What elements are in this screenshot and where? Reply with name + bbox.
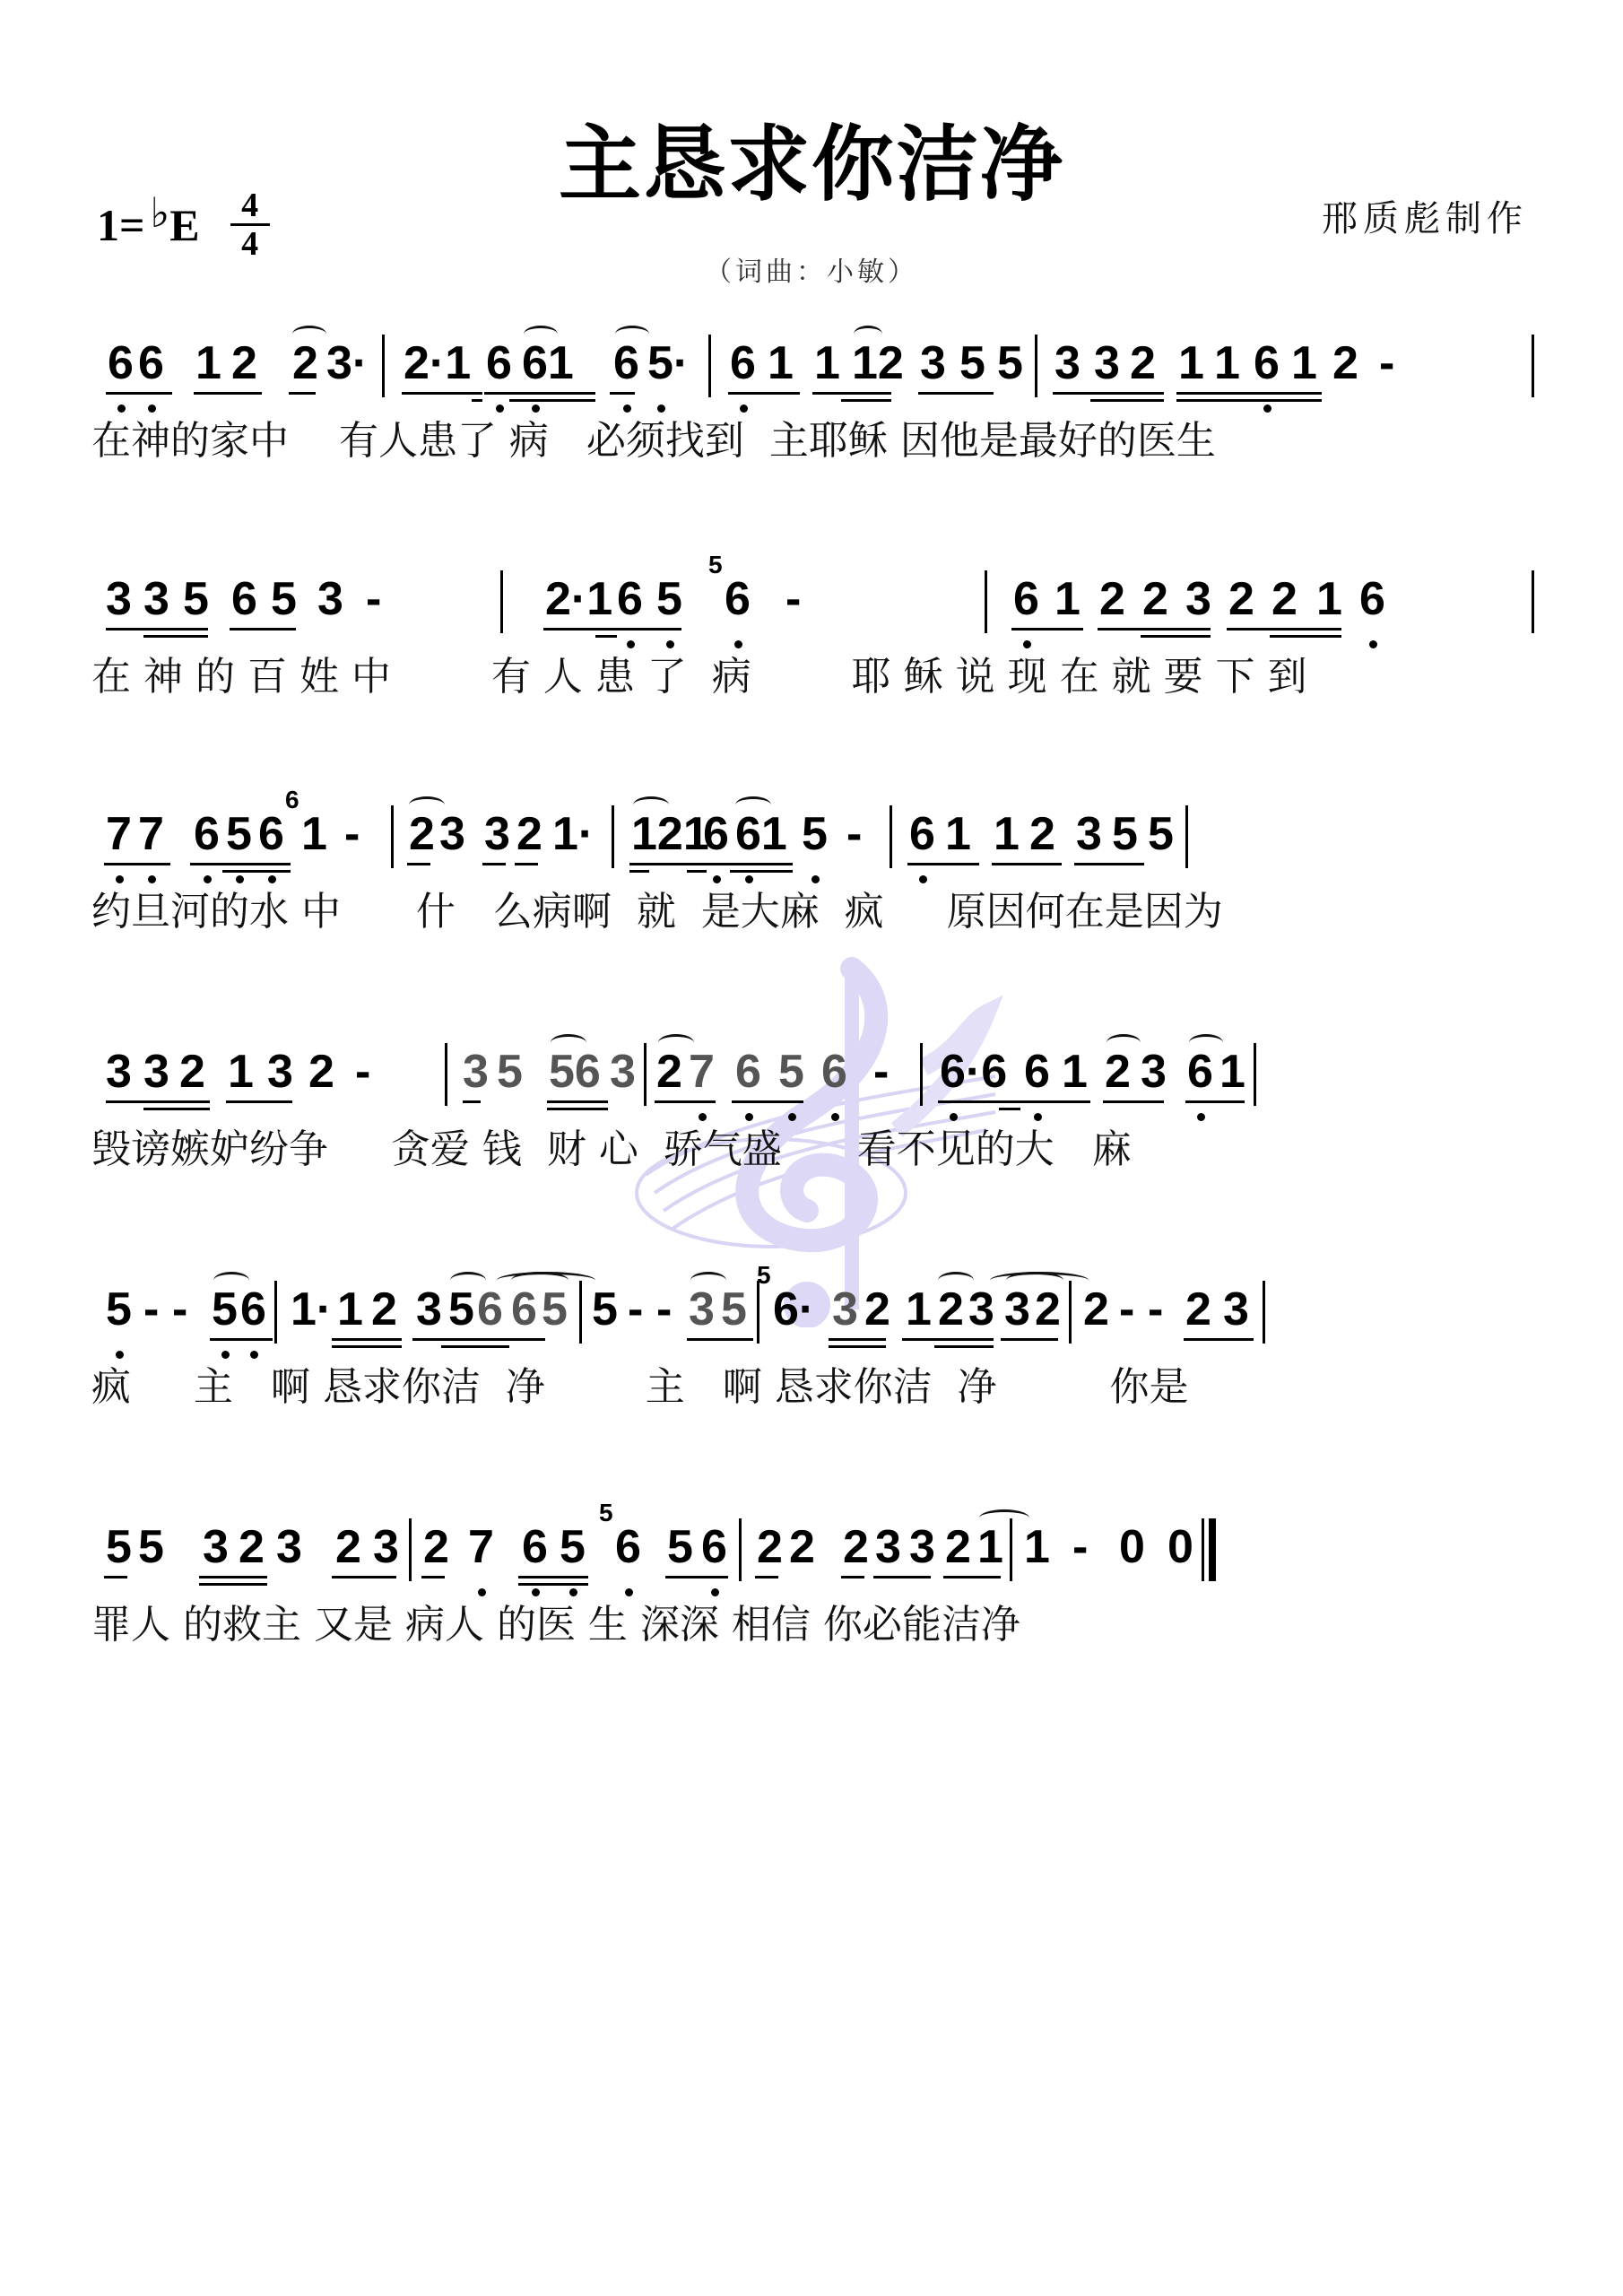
note: 5 (721, 1283, 747, 1336)
barline (739, 1518, 742, 1581)
note: 3 (689, 1283, 715, 1336)
eighth-underline (629, 863, 707, 865)
sixteenth-underline (199, 1583, 267, 1586)
barline (1035, 335, 1037, 397)
eighth-underline (332, 1576, 396, 1578)
slur-arc (633, 796, 669, 813)
barline (445, 1043, 447, 1106)
note: 2 (1185, 1283, 1211, 1336)
note: 5 (592, 1283, 618, 1336)
note: 2 (1083, 1283, 1109, 1336)
eighth-underline (615, 628, 681, 631)
eighth-underline (728, 392, 800, 395)
note: 3 (267, 1045, 293, 1099)
note: 3 (203, 1520, 229, 1574)
key-note: E (169, 199, 199, 251)
time-signature-top: 4 (241, 188, 258, 222)
note: 1 (337, 1283, 363, 1336)
sixteenth-underline (509, 399, 595, 402)
score-row: 5--561·12356655--356·532123322--23疯 主 啊 … (97, 1265, 1541, 1399)
note: 3 (106, 1045, 132, 1099)
note: 3 (1094, 336, 1120, 390)
eighth-underline (210, 1338, 273, 1341)
sixteenth-underline (222, 870, 291, 873)
eighth-underline (665, 1576, 728, 1578)
sixteenth-underline (1090, 399, 1164, 402)
eighth-underline (992, 863, 1062, 865)
eighth-underline (509, 1338, 545, 1341)
dash-extension: - (628, 1283, 643, 1336)
barline (1263, 1281, 1265, 1344)
grace-note: 6 (285, 786, 299, 814)
note: 6 (730, 336, 756, 390)
note: 5 (1148, 807, 1174, 861)
dash-extension: - (344, 807, 360, 861)
eighth-underline (226, 1100, 292, 1103)
notation-line: 7765616-23321·1216615-6112355 (97, 789, 1541, 888)
notation-line: 5--561·12356655--356·532123322--23 (97, 1265, 1541, 1363)
barline (1532, 570, 1534, 633)
barline (757, 1281, 759, 1344)
eighth-underline (106, 392, 172, 395)
note: 5 (448, 1283, 474, 1336)
note: 2 (239, 1520, 265, 1574)
dash-extension: - (1148, 1283, 1163, 1336)
sixteenth-underline (730, 870, 793, 873)
lyrics-line: 约旦河的水 中 什 么病啊 就 是大麻 疯 原因何在是因为 (91, 879, 1223, 936)
eighth-underline (230, 628, 296, 631)
note: 6 (703, 807, 729, 861)
lyrics-line: 疯 主 啊 恳求你洁 净 主 啊 恳求你洁 净 你是 (91, 1354, 1189, 1412)
note: 3 (832, 1283, 858, 1336)
eighth-underline (873, 1576, 931, 1578)
barline (1069, 1281, 1072, 1344)
note: 1 (906, 1283, 932, 1336)
note: 1 (994, 807, 1020, 861)
sixteenth-underline (441, 1345, 509, 1348)
sixteenth-underline (1141, 635, 1211, 638)
eighth-underline (907, 863, 979, 865)
note: 1 (1024, 1520, 1050, 1574)
eighth-underline (1053, 392, 1164, 395)
note: 6 (613, 336, 639, 390)
sixteenth-underline (143, 1108, 210, 1110)
sixteenth-underline (629, 870, 649, 873)
eighth-underline (106, 628, 208, 631)
note: 2 (1228, 572, 1254, 626)
note: 5 (183, 572, 209, 626)
barline (409, 1518, 412, 1581)
note: 5 (959, 336, 985, 390)
note: 2 (945, 1520, 971, 1574)
barline (274, 1281, 277, 1344)
note: 3 (1004, 1283, 1030, 1336)
note: 5 (226, 807, 252, 861)
sixteenth-underline (829, 1345, 886, 1348)
note: 5 (497, 1045, 523, 1099)
slur-arc (1189, 1034, 1223, 1051)
note: 1 (945, 807, 971, 861)
note: 2 (656, 1045, 682, 1099)
note: 2 (179, 1045, 205, 1099)
note: 2 (1029, 807, 1055, 861)
note: 6 (735, 1045, 761, 1099)
note: 2 (757, 1520, 783, 1574)
lyrics-line: 在 神 的 百 姓 中 有 人 患 了 病 耶 稣 说 现 在 就 要 下 到 (91, 644, 1307, 701)
key-prefix: 1= (97, 199, 145, 251)
note: 6 (1024, 1045, 1050, 1099)
notation-line: 335653-2·16565-612232216 (97, 554, 1541, 653)
note: 6 (108, 336, 134, 390)
note: 3 (439, 807, 465, 861)
sixteenth-underline (1270, 635, 1341, 638)
eighth-underline (332, 1338, 402, 1341)
note: 5 (106, 1520, 132, 1574)
eighth-underline (199, 1576, 267, 1578)
eighth-underline (1184, 1338, 1254, 1341)
note: 2 (231, 336, 257, 390)
slur-arc (409, 796, 445, 813)
note: 2 (335, 1520, 361, 1574)
eighth-underline (1176, 392, 1322, 395)
final-barline-thin (1202, 1518, 1204, 1581)
slur-arc (524, 326, 558, 343)
note: 2 (1271, 572, 1298, 626)
note: 7 (468, 1520, 494, 1574)
dash-extension: - (873, 1045, 889, 1099)
eighth-underline (812, 392, 891, 395)
eighth-underline (1001, 1338, 1058, 1341)
note: 6 (1187, 1045, 1213, 1099)
note: 2 (864, 1283, 890, 1336)
note: 6 (240, 1283, 266, 1336)
dash-extension: - (656, 1283, 672, 1336)
note: 6 (617, 572, 643, 626)
note: 3 (909, 1520, 935, 1574)
eighth-underline (194, 392, 262, 395)
note: 3 (1141, 1045, 1167, 1099)
score-row: 332132-3556327656-6·6612361毁谤嫉妒纷争 贪爱 钱 财… (97, 1027, 1541, 1161)
note: 5 (802, 807, 828, 861)
note: 3 (1185, 572, 1211, 626)
barline (612, 805, 614, 868)
note: 5 (271, 572, 297, 626)
note: 1 (1214, 336, 1240, 390)
note: 2·1 (404, 336, 471, 390)
eighth-underline (463, 1100, 481, 1103)
note: 6· (773, 1283, 814, 1336)
low-octave-dot (1369, 640, 1377, 648)
note: 1 (1291, 336, 1317, 390)
grace-note: 5 (757, 1261, 771, 1290)
note: 2 (1130, 336, 1156, 390)
note: 6 (511, 1283, 537, 1336)
note: 1 (228, 1045, 254, 1099)
note: 3 (875, 1520, 901, 1574)
note: 2 (409, 807, 435, 861)
sixteenth-underline (687, 870, 707, 873)
note: 1 (1316, 572, 1342, 626)
eighth-underline (829, 1338, 886, 1341)
note: 6 (701, 1520, 727, 1574)
note: 6 (194, 807, 220, 861)
lyrics-line: 罪人 的救主 又是 病人 的医 生 深深 相信 你必能洁净 (91, 1592, 1020, 1649)
eighth-underline (289, 392, 316, 395)
grace-note: 5 (599, 1499, 613, 1527)
slur-arc (690, 1272, 726, 1289)
barline (391, 805, 394, 868)
slur-arc (497, 1272, 595, 1289)
slur-arc (615, 326, 649, 343)
note: 2 (938, 1283, 964, 1336)
score-row: 335653-2·16565-612232216在 神 的 百 姓 中 有 人 … (97, 554, 1541, 689)
note: 6 (231, 572, 257, 626)
note: 12 (852, 336, 904, 390)
note: 2 (1099, 572, 1125, 626)
eighth-underline (918, 392, 994, 395)
eighth-underline (421, 1576, 445, 1578)
note: 3 (416, 1283, 442, 1336)
note: 2 (423, 1520, 449, 1574)
note: 2 (789, 1520, 815, 1574)
slur-arc (213, 1272, 249, 1289)
eighth-underline (515, 863, 538, 865)
eighth-underline (1185, 1100, 1245, 1103)
score-row: 7765616-23321·1216615-6112355约旦河的水 中 什 么… (97, 789, 1541, 924)
note: 3 (920, 336, 946, 390)
note: 3 (143, 572, 169, 626)
lyrics-line: 在神的家中 有人患了 病 必须找到 主耶稣 因他是最好的医生 (91, 408, 1216, 465)
dash-extension: - (1379, 336, 1394, 390)
sixteenth-underline (332, 1345, 402, 1348)
dash-extension: - (846, 807, 862, 861)
barline (708, 335, 711, 397)
note: 5 (106, 1283, 132, 1336)
barline (1254, 1043, 1256, 1106)
note: 3 (1223, 1283, 1249, 1336)
note: 6 (1013, 572, 1039, 626)
eighth-underline (518, 1576, 588, 1578)
eighth-underline (732, 1100, 803, 1103)
slur-arc (938, 1272, 974, 1289)
barline (1185, 805, 1188, 868)
sixteenth-underline (841, 399, 891, 402)
eighth-underline (482, 863, 506, 865)
note: 56 (549, 1045, 601, 1099)
note: 3 (106, 572, 132, 626)
note: 6·6 (940, 1045, 1007, 1099)
eighth-underline (1011, 628, 1083, 631)
eighth-underline (1074, 863, 1144, 865)
flat-icon: ♭ (151, 188, 170, 237)
note: 5 (542, 1283, 568, 1336)
slur-arc (735, 796, 771, 813)
sixteenth-underline (143, 635, 208, 638)
note: 6 (1254, 336, 1280, 390)
eighth-underline (902, 1338, 994, 1341)
note: 7 (689, 1045, 715, 1099)
final-barline (1209, 1518, 1216, 1581)
eighth-underline (841, 1576, 864, 1578)
note: 2 (308, 1045, 334, 1099)
note: 6 (477, 1283, 503, 1336)
note: 6 (486, 336, 512, 390)
note: 3 (610, 1045, 636, 1099)
dash-extension: - (366, 572, 381, 626)
barline (579, 1281, 582, 1344)
barline (500, 570, 503, 633)
dash-extension: - (1119, 1283, 1134, 1336)
note: 5 (1112, 807, 1138, 861)
low-octave-dot (1197, 1113, 1205, 1121)
notation-line: 661223·2·166165·6111235533211612- (97, 318, 1541, 417)
note: 7 (138, 807, 164, 861)
score-row: 55323232765655622233211-00罪人 的救主 又是 病人 的… (97, 1502, 1541, 1637)
note: 3 (373, 1520, 399, 1574)
eighth-underline (655, 1100, 716, 1103)
eighth-underline (484, 392, 595, 395)
eighth-underline (104, 863, 170, 865)
note: 3 (1076, 807, 1102, 861)
note: 5· (647, 336, 689, 390)
eighth-underline (755, 1576, 778, 1578)
notation-line: 55323232765655622233211-00 (97, 1502, 1541, 1601)
eighth-underline (1227, 628, 1341, 631)
note: 2 (371, 1283, 397, 1336)
sixteenth-underline (1176, 399, 1322, 402)
note: 3 (484, 807, 510, 861)
barline (890, 805, 892, 868)
note: 1 (1055, 572, 1081, 626)
sixteenth-underline (999, 1108, 1020, 1110)
note: 61 (522, 336, 574, 390)
grace-note: 5 (708, 551, 723, 579)
barline (1532, 335, 1534, 397)
lyrics-music-credit: （词曲：小敏） (0, 249, 1623, 289)
note: 2 (1142, 572, 1168, 626)
note: 2 (1105, 1045, 1131, 1099)
note: 1 (301, 807, 327, 861)
note: 6 (909, 807, 935, 861)
barline (985, 570, 987, 633)
low-octave-dot (1263, 404, 1271, 413)
dash-extension: - (1072, 1520, 1088, 1574)
note: 6 (138, 336, 164, 390)
eighth-underline (687, 1338, 753, 1341)
eighth-underline (1098, 628, 1211, 631)
note: 0 (1167, 1520, 1193, 1574)
lyrics-line: 毁谤嫉妒纷争 贪爱 钱 财 心 骄气盛 看不见的大 麻 (91, 1117, 1132, 1174)
notation-line: 332132-3556327656-6·6612361 (97, 1027, 1541, 1126)
barline (382, 335, 385, 397)
note: 6 (821, 1045, 847, 1099)
sixteenth-underline (595, 635, 617, 638)
note: 1 (195, 336, 221, 390)
note: 2 (292, 336, 318, 390)
note: 6 (725, 572, 751, 626)
dash-extension: - (143, 1283, 159, 1336)
note: 5 (667, 1520, 693, 1574)
eighth-underline (610, 392, 635, 395)
slur-arc (990, 1272, 1089, 1289)
note: 0 (1119, 1520, 1145, 1574)
note: 5 (212, 1283, 238, 1336)
barline (920, 1043, 923, 1106)
note: 6 (1359, 572, 1385, 626)
author-credit: 邢质彪制作 (1322, 190, 1528, 241)
eighth-underline (547, 1100, 608, 1103)
barline (644, 1043, 647, 1106)
note: 3· (326, 336, 368, 390)
note: 6 (258, 807, 284, 861)
note: 1 (768, 336, 794, 390)
slur-arc (292, 326, 326, 343)
note: 121 (631, 807, 709, 861)
slur-arc (551, 1034, 586, 1051)
slur-arc (658, 1034, 694, 1051)
note: 7 (106, 807, 132, 861)
note: 1 (1219, 1045, 1245, 1099)
note: 3 (463, 1045, 489, 1099)
note: 2 (1332, 336, 1358, 390)
slur-arc (450, 1272, 486, 1289)
note: 5 (997, 336, 1023, 390)
eighth-underline (938, 1100, 1026, 1103)
score-row: 661223·2·166165·6111235533211612-在神的家中 有… (97, 318, 1541, 453)
note: 6 (615, 1520, 641, 1574)
note: 1· (291, 1283, 332, 1336)
dash-extension: - (785, 572, 801, 626)
eighth-underline (104, 1576, 127, 1578)
note: 61 (735, 807, 787, 861)
note: 2·1 (545, 572, 612, 626)
sixteenth-underline (934, 1345, 994, 1348)
eighth-underline (407, 863, 430, 865)
sixteenth-underline (547, 1108, 608, 1110)
slur-arc (979, 1509, 1029, 1526)
note: 5 (778, 1045, 804, 1099)
eighth-underline (402, 392, 482, 395)
eighth-underline (190, 863, 291, 865)
eighth-underline (106, 1100, 210, 1103)
note: 1 (814, 336, 840, 390)
dash-extension: - (355, 1045, 370, 1099)
eighth-underline (701, 863, 793, 865)
note: 3 (317, 572, 343, 626)
eighth-underline (1103, 1100, 1164, 1103)
note: 1 (1178, 336, 1204, 390)
note: 1· (552, 807, 594, 861)
note: 6 (522, 1520, 548, 1574)
note: 3 (1055, 336, 1081, 390)
sixteenth-underline (518, 1583, 588, 1586)
note: 3 (276, 1520, 302, 1574)
note: 3 (143, 1045, 169, 1099)
note: 1 (1062, 1045, 1088, 1099)
note: 2 (1035, 1283, 1061, 1336)
dash-extension: - (172, 1283, 187, 1336)
note: 5 (560, 1520, 586, 1574)
slur-arc (854, 326, 882, 343)
note: 2 (516, 807, 542, 861)
note: 5 (656, 572, 682, 626)
eighth-underline (943, 1576, 1001, 1578)
slur-arc (1107, 1034, 1141, 1051)
barline (1010, 1518, 1012, 1581)
note: 1 (977, 1520, 1003, 1574)
note: 5 (138, 1520, 164, 1574)
note: 3 (968, 1283, 994, 1336)
